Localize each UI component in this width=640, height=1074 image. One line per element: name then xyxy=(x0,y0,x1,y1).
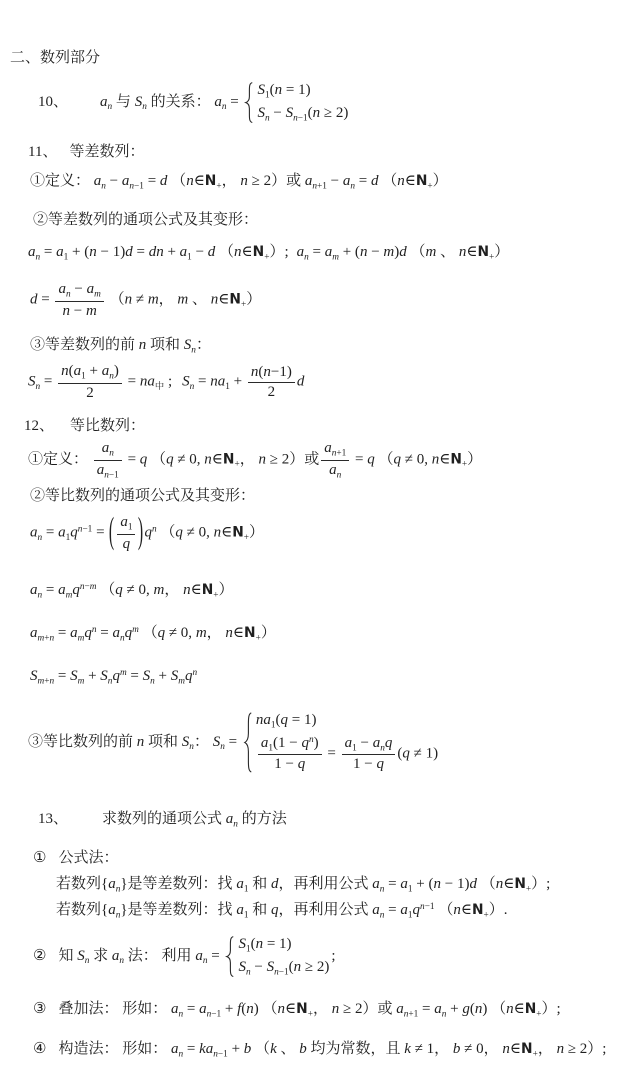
fraction: n(a1 + an)2 xyxy=(58,363,122,401)
item-11-arith-title: 11、等差数列： xyxy=(28,143,144,162)
fraction: an+1an xyxy=(321,440,349,480)
piecewise-cases: na1(q = 1)a1(1 − qn)1 − q = a1 − anq1 − … xyxy=(243,712,438,773)
bold-symbol: N xyxy=(244,625,256,641)
arith-general-formula: an = a1 + (n − 1)d = dn + a1 − d （n∈N+）;… xyxy=(28,243,509,263)
case-row: na1(q = 1) xyxy=(256,712,317,731)
bold-symbol: N xyxy=(472,902,484,918)
method-3-accumulation: ③叠加法： 形如： an = an−1 + f(n) （n∈N+， n ≥ 2）… xyxy=(33,1000,561,1020)
method-1-arith: 若数列{an}是等差数列：找 a1 和 d，再利用公式 an = a1 + (n… xyxy=(56,875,550,895)
fraction: n(n−1)2 xyxy=(248,364,295,401)
bold-symbol: N xyxy=(514,876,526,892)
section-title: 二、数列部分 xyxy=(10,49,100,68)
item-10-an-sn-relation: 10、an 与 Sn 的关系： an = S1(n = 1)Sn − Sn−1(… xyxy=(38,82,350,123)
big-paren-group: (a1q) xyxy=(108,514,144,552)
method-1-geo: 若数列{an}是等差数列：找 a1 和 q，再利用公式 an = a1qn−1 … xyxy=(56,901,508,921)
fraction: anan−1 xyxy=(94,440,122,480)
bold-symbol: N xyxy=(253,244,265,260)
item-12-geo-title: 12、等比数列： xyxy=(24,417,145,436)
bold-symbol: N xyxy=(477,244,489,260)
arith-sum-formula: Sn = n(a1 + an)2 = na中 ;Sn = na1 + n(n−1… xyxy=(28,363,304,401)
geo-general-formula-1: an = a1qn−1 = (a1q)qn （q ≠ 0, n∈N+） xyxy=(30,514,264,552)
case-row: Sn − Sn−1(n ≥ 2) xyxy=(257,105,348,124)
bold-symbol: N xyxy=(202,582,214,598)
case-row: S1(n = 1) xyxy=(238,936,291,955)
fraction: an − amn − m xyxy=(55,281,103,319)
bold-symbol: N xyxy=(521,1041,533,1057)
geo-smn-formula: Sm+n = Sm + Snqm = Sn + Smqn xyxy=(30,667,197,687)
bold-symbol: N xyxy=(450,451,462,467)
bold-symbol: N xyxy=(416,173,428,189)
piecewise-cases: S1(n = 1)Sn − Sn−1(n ≥ 2) xyxy=(225,936,329,977)
case-row: a1(1 − qn)1 − q = a1 − anq1 − q(q ≠ 1) xyxy=(256,735,438,773)
bold-symbol: N xyxy=(296,1001,308,1017)
fraction: a1 − anq1 − q xyxy=(342,735,396,773)
bold-symbol: N xyxy=(232,525,244,541)
arith-general-heading: ②等差数列的通项公式及其变形： xyxy=(33,211,258,230)
geo-definition: ①定义： anan−1 = q （q ≠ 0, n∈N+， n ≥ 2）或an+… xyxy=(28,440,482,480)
document-page: 二、数列部分10、an 与 Sn 的关系： an = S1(n = 1)Sn −… xyxy=(0,0,640,1074)
left-brace xyxy=(225,936,234,977)
bold-symbol: N xyxy=(525,1001,537,1017)
case-row: S1(n = 1) xyxy=(257,82,310,101)
arith-d-formula: d = an − amn − m （n ≠ m， m 、 n∈N+） xyxy=(30,281,261,319)
geo-general-formula-2: an = amqn−m （q ≠ 0, m， n∈N+） xyxy=(30,581,234,601)
fraction: a1(1 − qn)1 − q xyxy=(258,735,322,773)
fraction: a1q xyxy=(117,514,135,552)
arith-sum-heading: ③等差数列的前 n 项和 Sn： xyxy=(30,336,211,356)
bold-symbol: N xyxy=(223,451,235,467)
geo-amn-formula: am+n = amqn = anqm （q ≠ 0, m， n∈N+） xyxy=(30,624,276,644)
case-row: Sn − Sn−1(n ≥ 2) xyxy=(238,959,329,978)
arith-definition: ①定义： an − an−1 = d （n∈N+， n ≥ 2）或 an+1 −… xyxy=(30,172,448,192)
piecewise-cases: S1(n = 1)Sn − Sn−1(n ≥ 2) xyxy=(244,82,348,123)
method-1-heading: ①公式法： xyxy=(33,849,118,868)
method-4-construction: ④构造法： 形如： an = kan−1 + b （k 、 b 均为常数，且 k… xyxy=(33,1040,606,1060)
bold-symbol: N xyxy=(205,173,217,189)
method-2-sn-to-an: ②知 Sn 求 an 法： 利用 an = S1(n = 1)Sn − Sn−1… xyxy=(33,936,336,977)
geo-sum-formula: ③等比数列的前 n 项和 Sn： Sn = na1(q = 1)a1(1 − q… xyxy=(28,712,440,773)
left-brace xyxy=(244,82,253,123)
left-brace xyxy=(243,712,252,773)
geo-general-heading: ②等比数列的通项公式及其变形： xyxy=(30,487,255,506)
bold-symbol: N xyxy=(229,292,241,308)
item-13-methods-title: 13、求数列的通项公式 an 的方法 xyxy=(38,810,287,830)
